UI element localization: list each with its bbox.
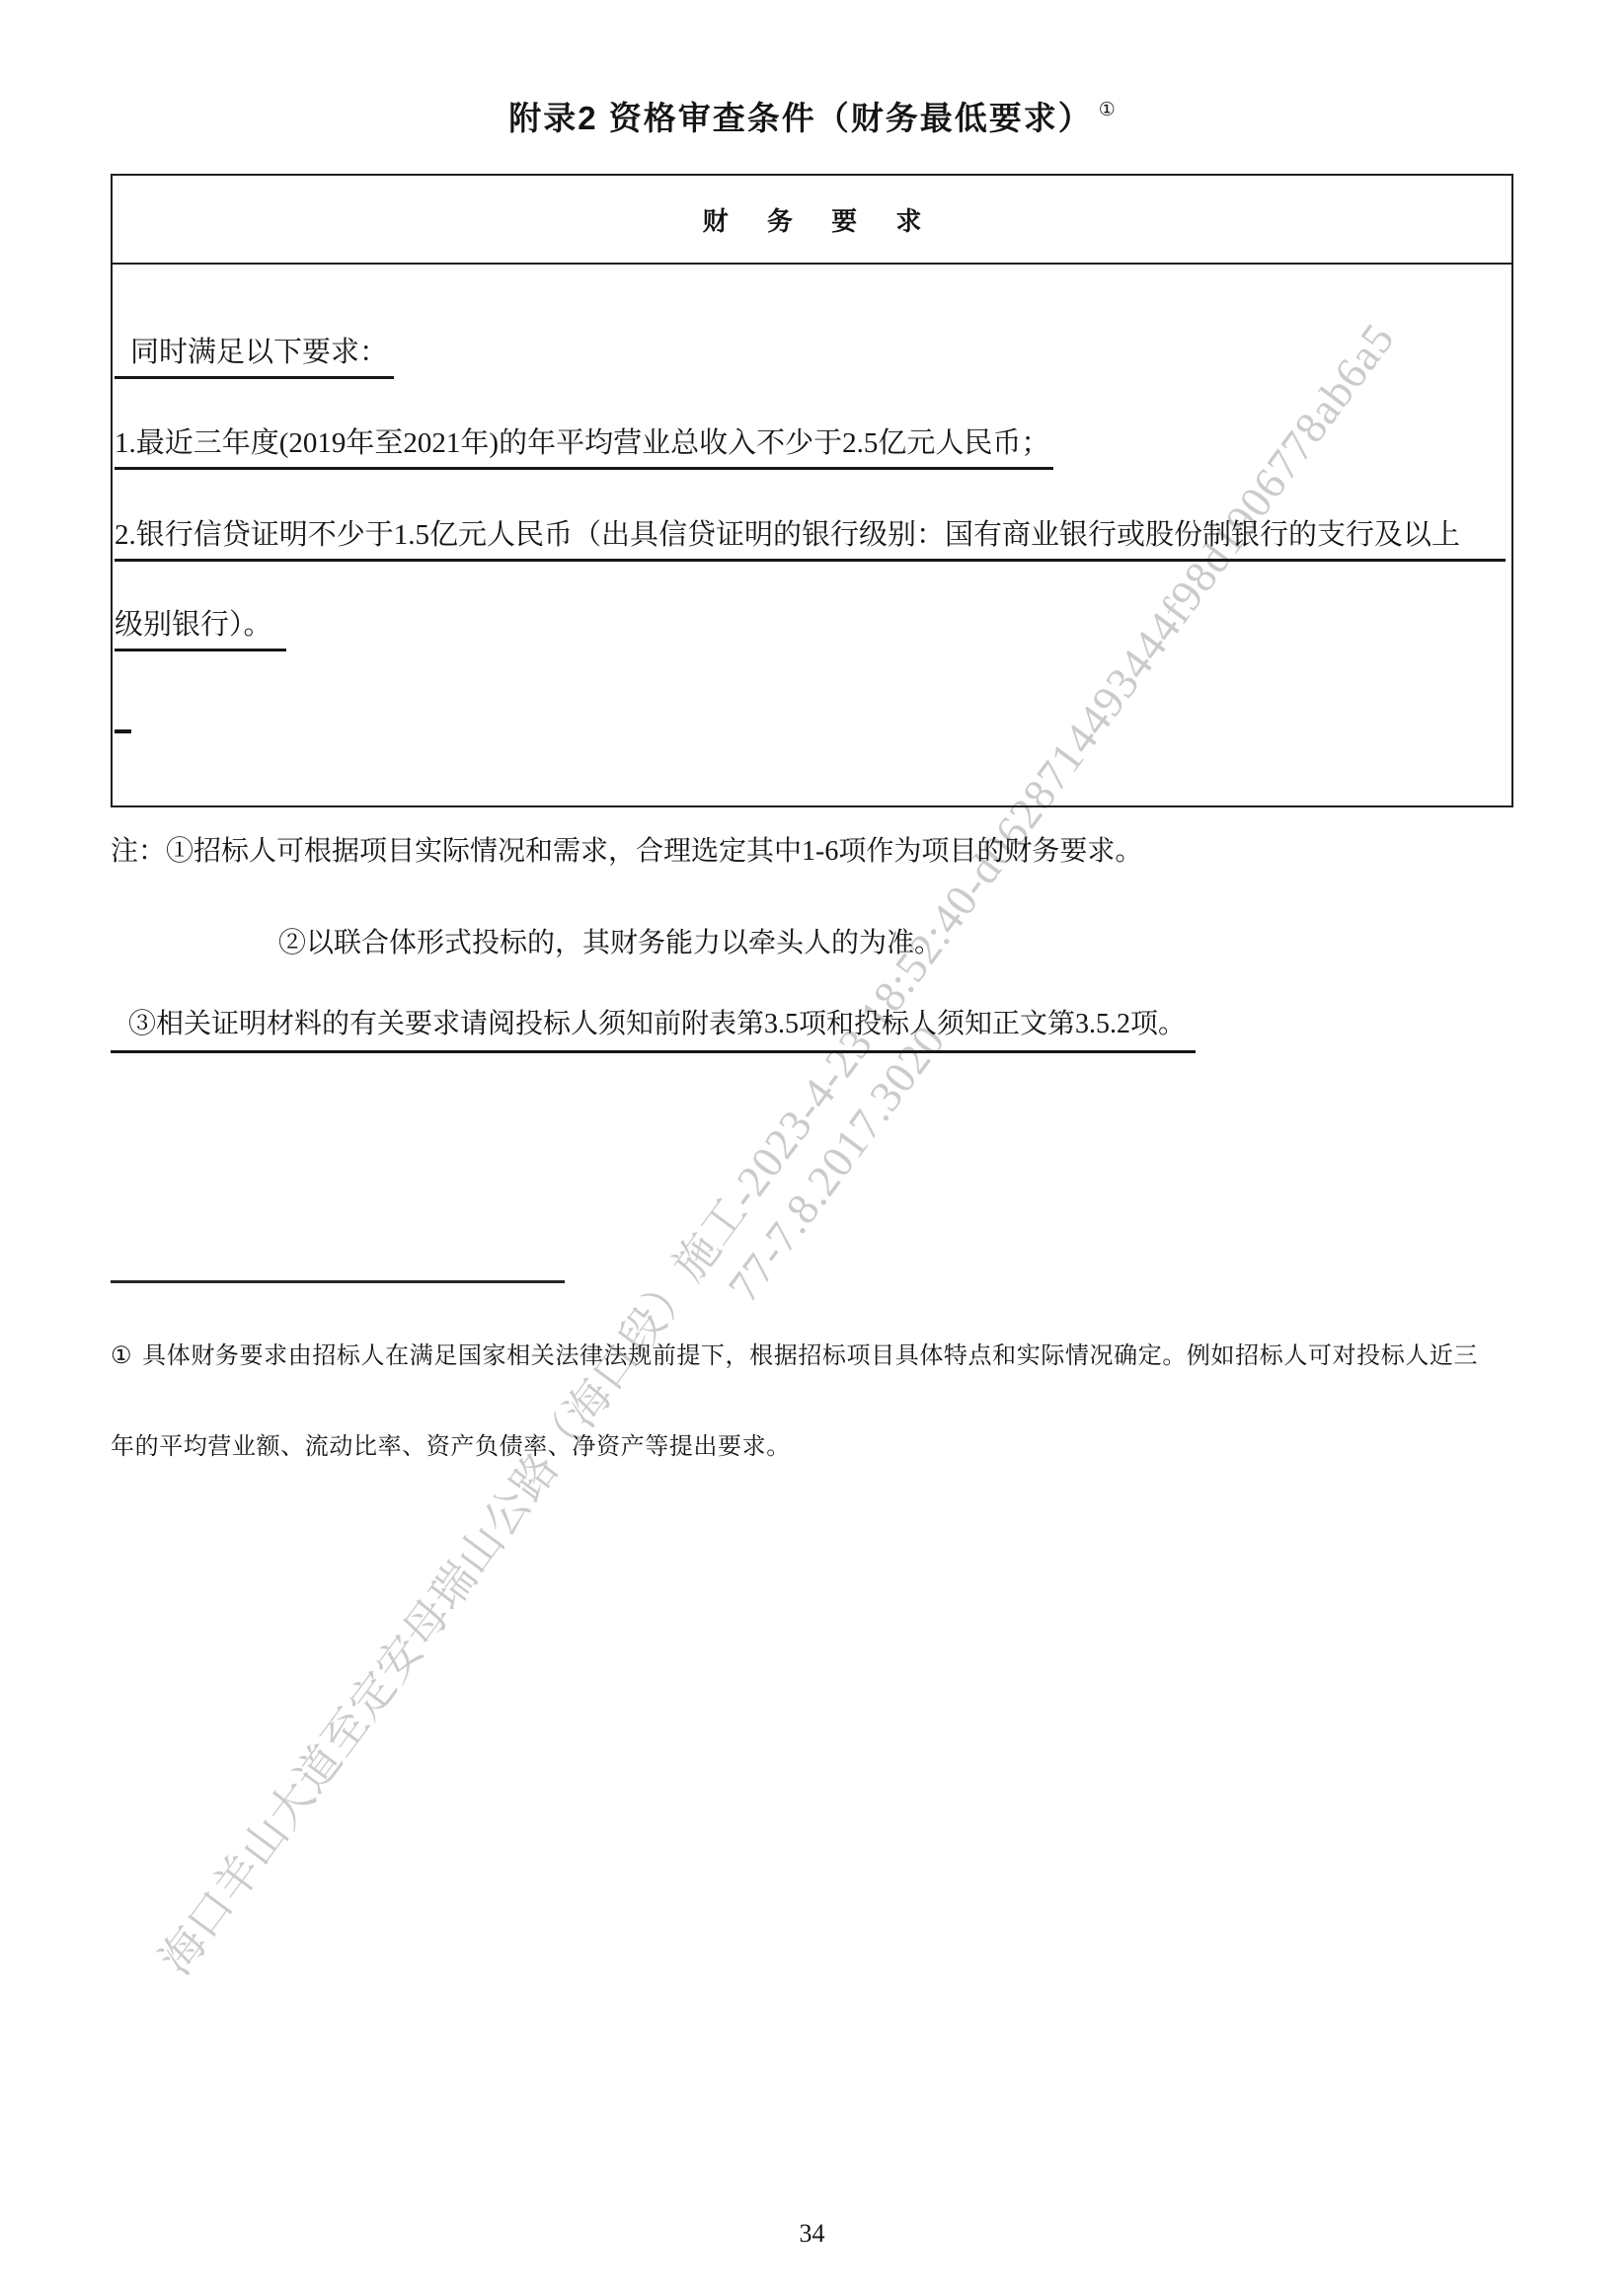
requirement-intro-line: 同时满足以下要求： xyxy=(115,336,394,379)
requirement-item-2-line-1: 2.银行信贷证明不少于1.5亿元人民币（出具信贷证明的银行级别：国有商业银行或股… xyxy=(115,518,1506,562)
page-title-text: 附录2 资格审查条件（财务最低要求） xyxy=(508,100,1093,136)
financial-requirements-table: 财 务 要 求 同时满足以下要求： 1.最近三年度(2019年至2021年)的年… xyxy=(111,174,1513,807)
footnote-text-1: 具体财务要求由招标人在满足国家相关法律法规前提下，根据招标项目具体特点和实际情况… xyxy=(142,1343,1478,1369)
footnote-marker: ① xyxy=(111,1343,132,1369)
requirement-item-1: 1.最近三年度(2019年至2021年)的年平均营业总收入不少于2.5亿元人民币… xyxy=(115,426,1053,470)
table-header-cell: 财 务 要 求 xyxy=(113,176,1511,265)
title-footnote-reference: ① xyxy=(1099,100,1116,120)
footnote-divider xyxy=(111,1280,565,1283)
note-2: ②以联合体形式投标的，其财务能力以牵头人的为准。 xyxy=(278,926,942,961)
note-3: ③相关证明材料的有关要求请阅投标人须知前附表第3.5项和投标人须知正文第3.5.… xyxy=(111,1007,1196,1053)
empty-underline-mark xyxy=(115,729,131,733)
footnote-line-2: 年的平均营业额、流动比率、资产负债率、净资产等提出要求。 xyxy=(111,1431,791,1463)
note-1: 注：①招标人可根据项目实际情况和需求，合理选定其中1-6项作为项目的财务要求。 xyxy=(111,834,1142,870)
document-page: 海口羊山大道至定安母瑞山公路（海口段）施工-2023-4-23 18:52:40… xyxy=(0,0,1624,2296)
footnote-line-1: ①具体财务要求由招标人在满足国家相关法律法规前提下，根据招标项目具体特点和实际情… xyxy=(111,1340,1478,1372)
requirement-item-2-line-2: 级别银行）。 xyxy=(115,608,286,651)
table-body-cell: 同时满足以下要求： 1.最近三年度(2019年至2021年)的年平均营业总收入不… xyxy=(113,265,1511,804)
page-title: 附录2 资格审查条件（财务最低要求）① xyxy=(0,93,1624,139)
page-number: 34 xyxy=(0,2219,1624,2249)
